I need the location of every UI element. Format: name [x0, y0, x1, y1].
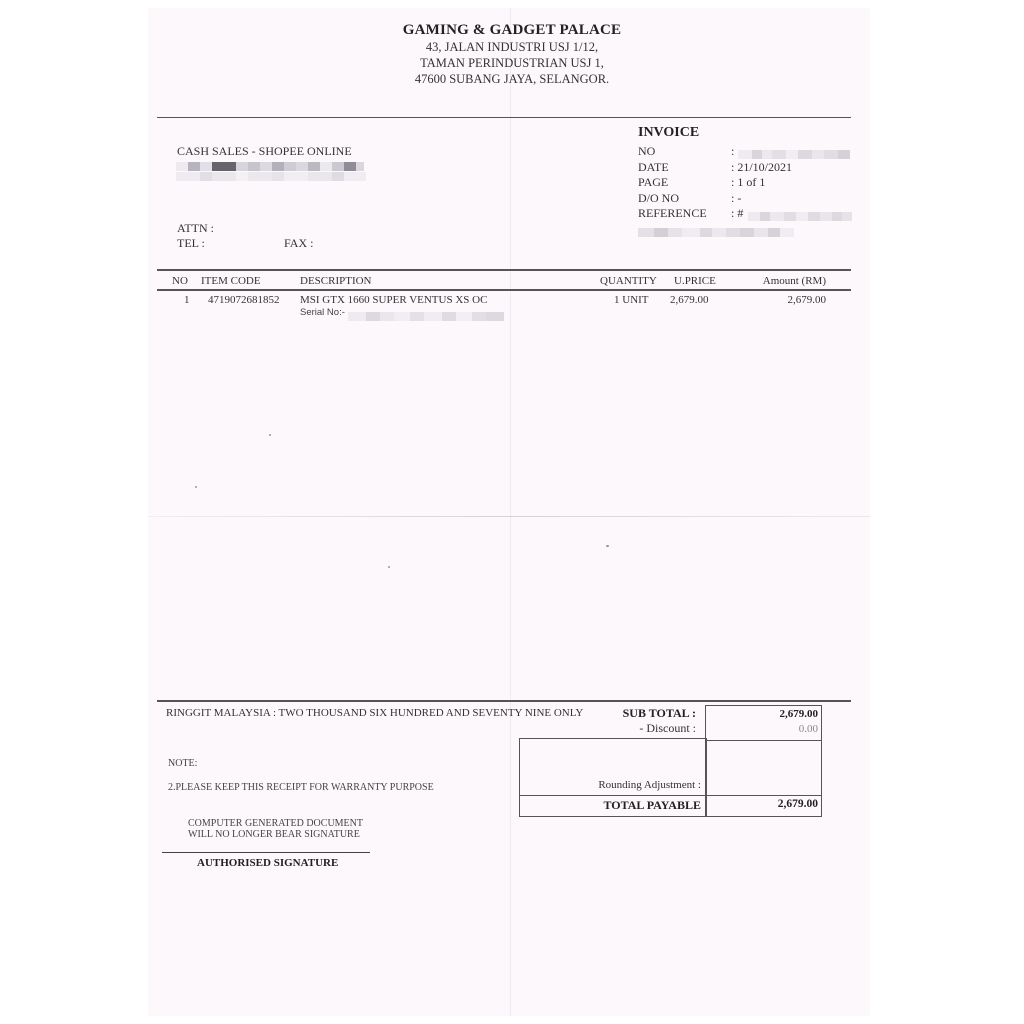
col-header-amount: Amount (RM): [762, 275, 826, 287]
company-address-line-2: TAMAN PERINDUSTRIAN USJ 1,: [0, 56, 1024, 71]
company-address-line-3: 47600 SUBANG JAYA, SELANGOR.: [0, 72, 1024, 87]
redacted-address-line-2: [176, 168, 366, 177]
col-header-description: DESCRIPTION: [300, 275, 372, 287]
company-name: GAMING & GADGET PALACE: [0, 22, 1024, 39]
row-serial-label: Serial No:-: [300, 307, 345, 318]
paper-speck: [388, 566, 390, 568]
paper-speck: [195, 486, 197, 488]
fold-crease-vertical: [510, 8, 511, 1016]
row-item-code: 4719072681852: [208, 294, 280, 306]
col-header-quantity: QUANTITY: [600, 275, 657, 287]
subtotal-label: SUB TOTAL :: [560, 706, 696, 721]
row-no: 1: [184, 294, 190, 306]
table-top-border: [157, 269, 851, 271]
redacted-serial-number: [348, 308, 504, 317]
note-text: 2.PLEASE KEEP THIS RECEIPT FOR WARRANTY …: [168, 782, 434, 793]
fold-crease-horizontal: [148, 516, 870, 517]
row-unit-price: 2,679.00: [670, 294, 709, 306]
reference-value: : #: [731, 206, 743, 221]
amount-in-words: RINGGIT MALAYSIA : TWO THOUSAND SIX HUND…: [166, 707, 583, 719]
row-quantity: 1 UNIT: [614, 294, 649, 306]
page-label: PAGE: [638, 175, 668, 190]
date-value: : 21/10/2021: [731, 160, 792, 175]
reference-label: REFERENCE: [638, 206, 707, 221]
subtotal-value: 2,679.00: [706, 708, 818, 720]
discount-value: 0.00: [706, 723, 818, 735]
authorised-signature-label: AUTHORISED SIGNATURE: [197, 857, 338, 869]
col-header-no: NO: [172, 275, 188, 287]
redacted-address-line-1: [176, 158, 366, 167]
total-payable-value: 2,679.00: [706, 798, 818, 810]
totals-value-divider-1: [705, 740, 821, 741]
tel-label: TEL :: [177, 236, 205, 251]
date-label: DATE: [638, 160, 669, 175]
row-description: MSI GTX 1660 SUPER VENTUS XS OC: [300, 294, 487, 306]
page-value: : 1 of 1: [731, 175, 765, 190]
total-payable-label: TOTAL PAYABLE: [520, 798, 701, 813]
fax-label: FAX :: [284, 236, 313, 251]
paper-speck: [269, 434, 271, 436]
redacted-reference: [748, 208, 852, 217]
footer-top-border: [157, 700, 851, 702]
paper-speck: [606, 545, 609, 547]
table-header-border: [157, 289, 851, 291]
customer-name: CASH SALES - SHOPEE ONLINE: [177, 144, 352, 159]
note-label: NOTE:: [168, 758, 197, 769]
invoice-no-value: :: [731, 144, 734, 159]
invoice-no-label: NO: [638, 144, 655, 159]
computer-generated-line-2: WILL NO LONGER BEAR SIGNATURE: [188, 829, 360, 840]
col-header-unit-price: U.PRICE: [674, 275, 716, 287]
row-amount: 2,679.00: [762, 294, 826, 306]
do-no-value: : -: [731, 191, 741, 206]
col-header-item-code: ITEM CODE: [201, 275, 261, 287]
rounding-label: Rounding Adjustment :: [520, 779, 701, 791]
company-address-line-1: 43, JALAN INDUSTRI USJ 1/12,: [0, 40, 1024, 55]
attn-label: ATTN :: [177, 221, 214, 236]
discount-label: - Discount :: [560, 721, 696, 736]
computer-generated-line-1: COMPUTER GENERATED DOCUMENT: [188, 818, 363, 829]
redacted-invoice-no: [738, 146, 850, 155]
invoice-title: INVOICE: [638, 125, 699, 141]
signature-line: [162, 852, 370, 853]
redacted-reference-line-2: [638, 224, 794, 233]
header-divider: [157, 117, 851, 118]
do-no-label: D/O NO: [638, 191, 679, 206]
